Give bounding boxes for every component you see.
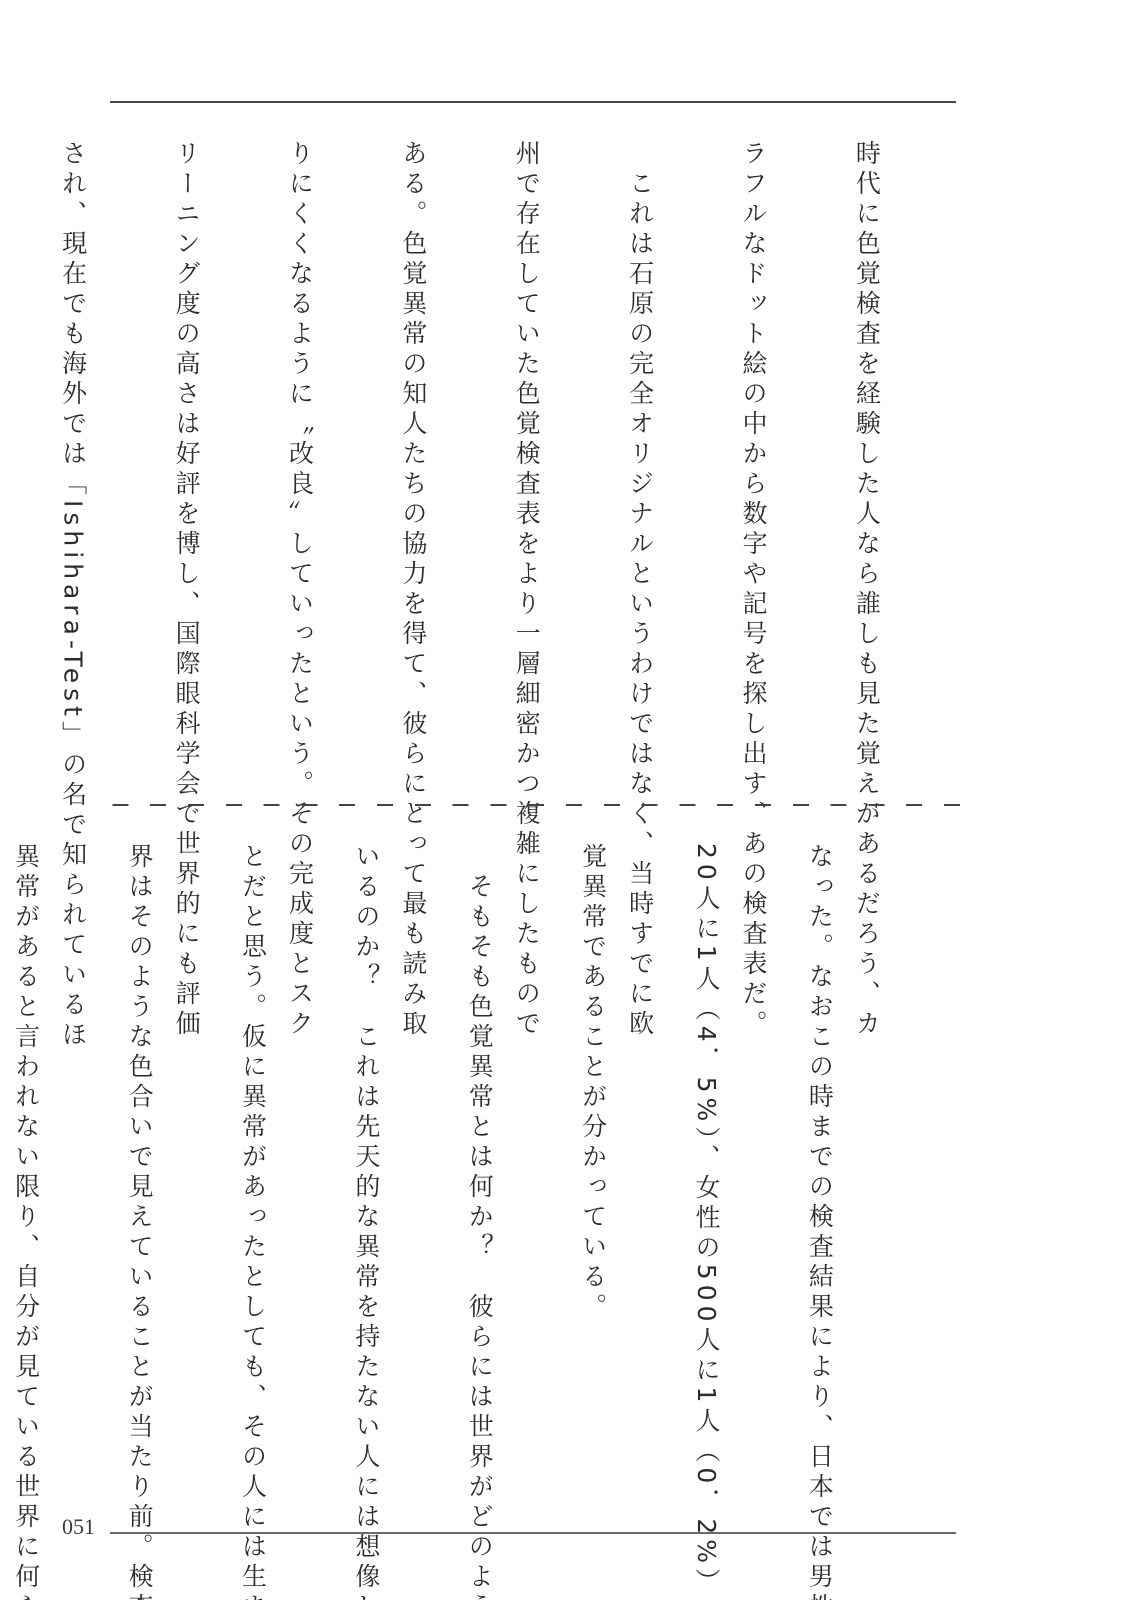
text-column: 異常があると言われない限り、自分が見ている世界に何ら違和を感 xyxy=(7,843,45,1493)
text-column: これは石原の完全オリジナルというわけではなく、当時すでに欧 xyxy=(621,140,659,790)
text-column: 20人に1人（4．5%）、女性の500人に1人（0．2%）が色 xyxy=(687,843,725,1493)
text-column: ある。色覚異常の知人たちの協力を得て、彼らにとって最も読み取 xyxy=(394,140,432,790)
text-column: リーニング度の高さは好評を博し、国際眼科学会で世界的にも評価 xyxy=(167,140,205,790)
text-column: とだと思う。仮に異常があったとしても、その人には生まれつき世 xyxy=(234,843,272,1493)
text-column: され、現在でも海外では「Ishihara-Test」の名で知られているほ xyxy=(54,140,92,790)
text-column: 覚異常であることが分かっている。 xyxy=(574,843,612,1493)
text-column: ラフルなドット絵の中から数字や記号を探し出す、あの検査表だ。 xyxy=(734,140,772,790)
text-column: りにくくなるように〝改良〟していったという。その完成度とスク xyxy=(281,140,319,790)
lower-text-block: なった。なおこの時までの検査結果により、日本では男性のおよそ 20人に1人（4．… xyxy=(0,843,914,1493)
page-number: 051 xyxy=(62,1514,95,1540)
text-column: そもそも色覚異常とは何か？ 彼らには世界がどのように見えて xyxy=(460,843,498,1493)
upper-text-block: 時代に色覚検査を経験した人なら誰しも見た覚えがあるだろう、カ ラフルなドット絵の… xyxy=(0,140,961,790)
text-column: なった。なおこの時までの検査結果により、日本では男性のおよそ xyxy=(801,843,839,1493)
dashed-separator xyxy=(110,804,960,806)
top-rule xyxy=(110,101,956,103)
text-column: 界はそのような色合いで見えていることが当たり前。検査によって xyxy=(120,843,158,1493)
text-column: 時代に色覚検査を経験した人なら誰しも見た覚えがあるだろう、カ xyxy=(848,140,886,790)
text-column: いるのか？ これは先天的な異常を持たない人には想像しにくいこ xyxy=(347,843,385,1493)
text-column: 州で存在していた色覚検査表をより一層細密かつ複雑にしたもので xyxy=(507,140,545,790)
footer-rule xyxy=(110,1532,956,1534)
